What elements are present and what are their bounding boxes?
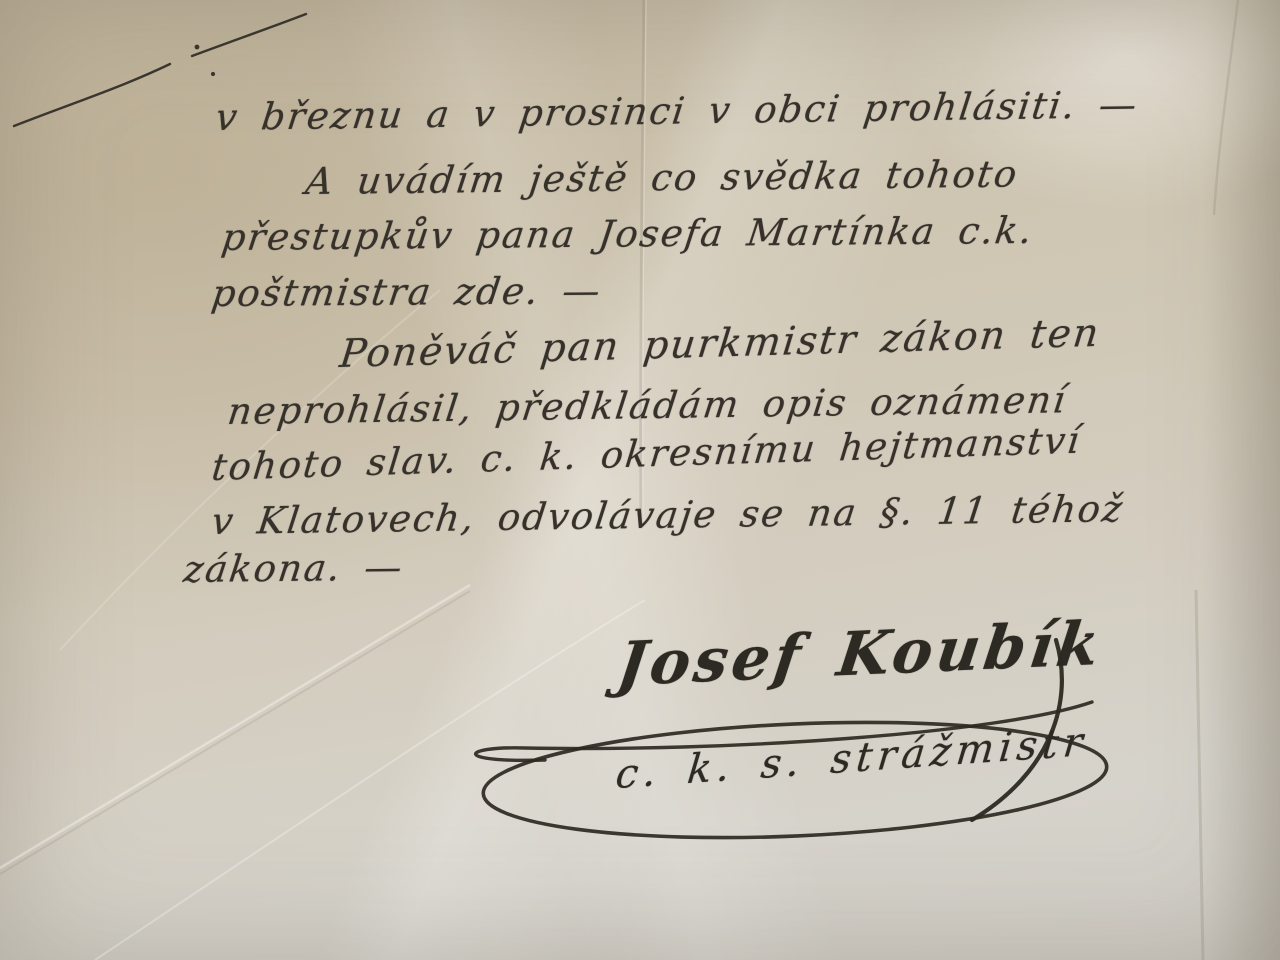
handwritten-line-1: v březnu a v prosinci v obci prohlásiti.…: [213, 83, 1141, 139]
handwritten-line-2: A uvádím ještě co svědka tohoto: [303, 153, 1021, 204]
photographed-letter-page: v březnu a v prosinci v obci prohlásiti.…: [0, 0, 1280, 960]
handwritten-line-4: poštmistra zde. —: [209, 269, 604, 315]
paper-crease-lines: [0, 0, 1280, 960]
handwritten-line-3: přestupkův pana Josefa Martínka c.k.: [219, 209, 1036, 259]
signature-name: Josef Koubík: [613, 609, 1107, 701]
stray-pen-stroke: [0, 0, 1280, 960]
signature-title: c. k. s. strážmistr: [614, 719, 1090, 798]
handwritten-line-9: zákona. —: [181, 546, 406, 591]
handwritten-line-8: v Klatovech, odvolávaje se na §. 11 tého…: [209, 487, 1126, 543]
handwritten-line-5: Poněváč pan purkmistr zákon ten: [337, 311, 1102, 377]
signature-flourish: [0, 0, 1280, 960]
